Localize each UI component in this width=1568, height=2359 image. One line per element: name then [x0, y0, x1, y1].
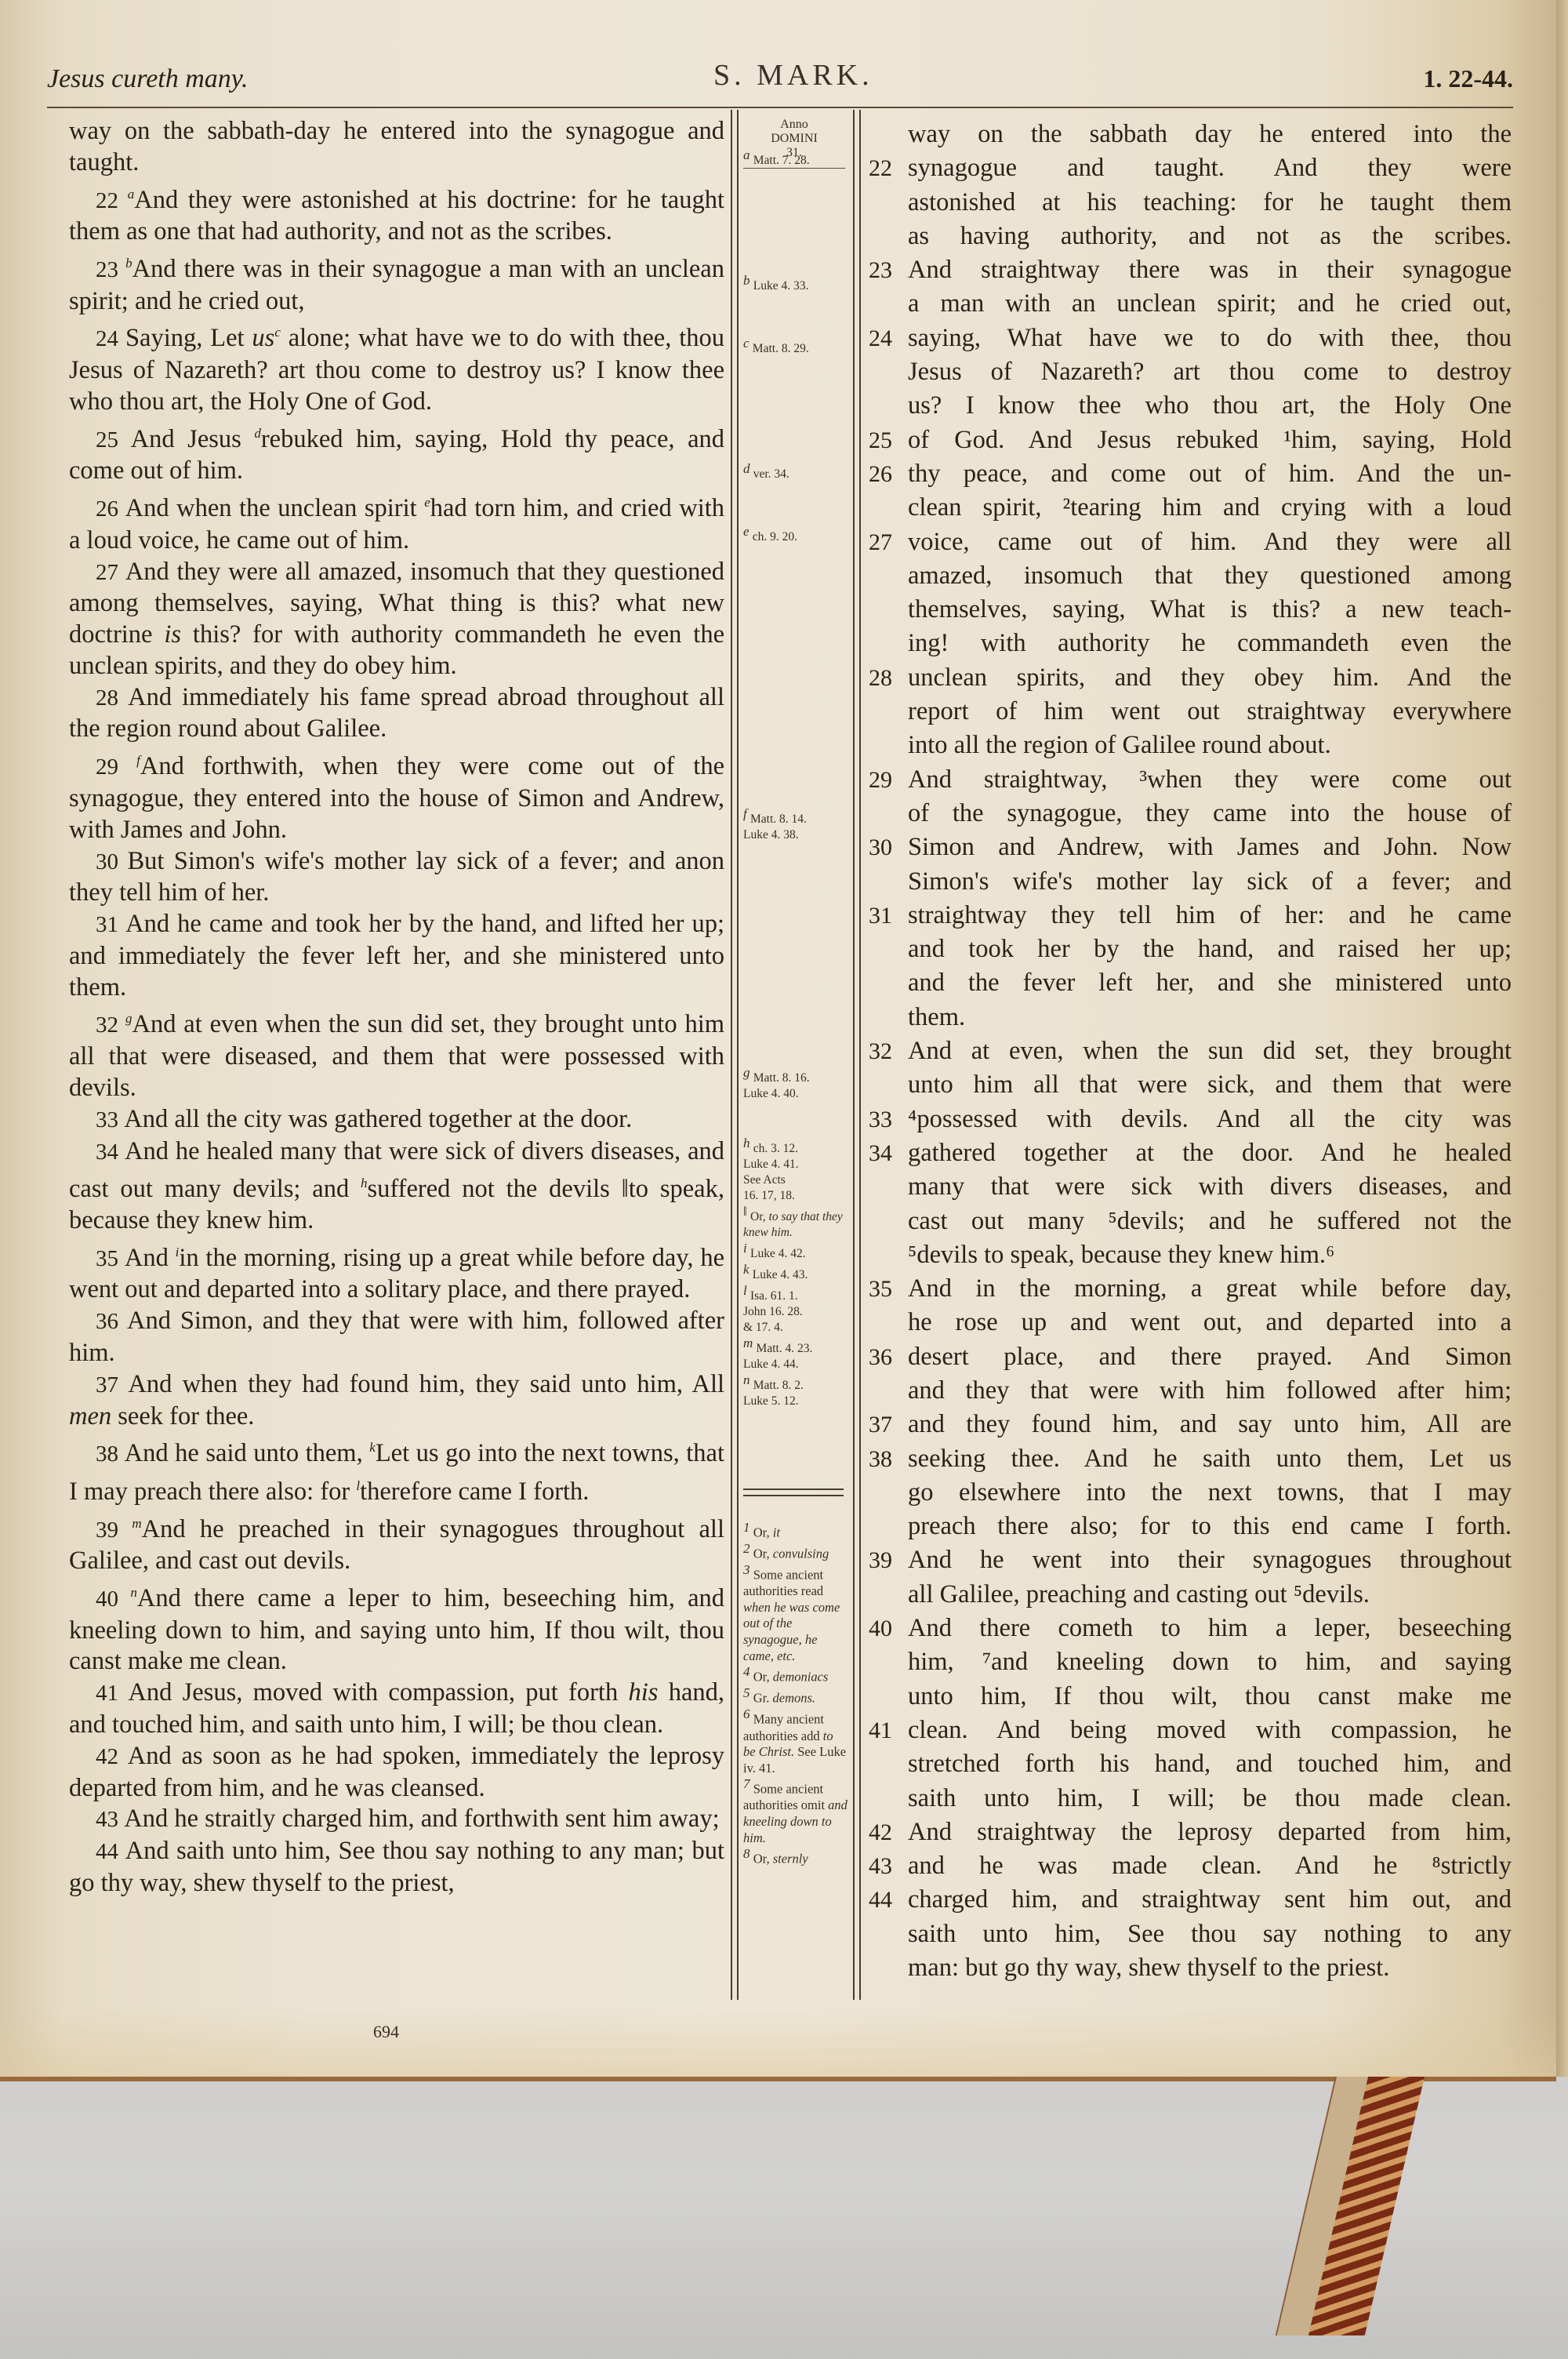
- verse-text: And Simon, and they that were with him, …: [69, 1307, 724, 1367]
- cross-reference: a Matt. 7. 28.: [743, 147, 847, 169]
- reference-mark: m: [132, 1516, 141, 1531]
- rv-line-text: and they that were with him followed aft…: [908, 1374, 1512, 1408]
- adjacent-page-edge: [1556, 0, 1568, 2077]
- rv-line: he rose up and went out, and departed in…: [869, 1306, 1512, 1339]
- rv-line-text: way on the sabbath day he entered into t…: [908, 118, 1512, 151]
- reference-mark: d: [743, 461, 753, 476]
- verse-number: 30: [96, 849, 127, 874]
- rv-line-text: unclean spirits, and they obey him. And …: [908, 661, 1512, 695]
- rv-line: clean spirit, ²tearing him and crying wi…: [869, 491, 1512, 525]
- rv-line: stretched forth his hand, and touched hi…: [869, 1747, 1512, 1781]
- reference-text: 16. 17, 18.: [743, 1188, 847, 1204]
- verse-number: 42: [869, 1816, 900, 1849]
- verse-number: 27: [96, 560, 125, 585]
- reference-mark: m: [743, 1336, 757, 1350]
- reference-text: Luke 4. 38.: [743, 827, 847, 843]
- rv-line-text: all Galilee, preaching and casting out ⁵…: [908, 1578, 1512, 1612]
- rv-line: 43and he was made clean. And he ⁸strictl…: [869, 1849, 1512, 1883]
- reference-mark: k: [743, 1262, 753, 1277]
- reference-text: Luke 4. 40.: [743, 1086, 847, 1102]
- rv-line: 25of God. And Jesus rebuked ¹him, saying…: [869, 423, 1512, 457]
- rv-line: and they that were with him followed aft…: [869, 1374, 1512, 1408]
- cross-reference: e ch. 9. 20.: [743, 524, 847, 545]
- verse-number: 34: [96, 1140, 125, 1165]
- note-text: Many ancient authorities add: [743, 1712, 824, 1743]
- reference-text: Isa. 61. 1.: [750, 1289, 798, 1303]
- verse-number: 36: [869, 1340, 900, 1374]
- rv-line-text: Simon's wife's mother lay sick of a feve…: [908, 865, 1512, 899]
- rv-line: 28unclean spirits, and they obey him. An…: [869, 661, 1512, 695]
- verse: 30 But Simon's wife's mother lay sick of…: [69, 846, 724, 910]
- page-header: Jesus cureth many. S. MARK. 1. 22-44.: [47, 64, 1513, 104]
- verse-text: And immediately his fame spread abroad t…: [69, 683, 724, 743]
- reference-mark: k: [369, 1440, 376, 1455]
- verse-text: And when the unclean spirit: [125, 494, 425, 522]
- cross-reference: k Luke 4. 43.: [743, 1262, 847, 1283]
- rv-line-text: stretched forth his hand, and touched hi…: [908, 1747, 1512, 1781]
- rv-line-text: of God. And Jesus rebuked ¹him, saying, …: [908, 423, 1512, 457]
- cross-reference: g Matt. 8. 16.Luke 4. 40.: [743, 1065, 847, 1102]
- rv-line: 31straightway they tell him of her: and …: [869, 899, 1512, 932]
- verse: 24 Saying, Let usc alone; what have we t…: [69, 317, 724, 417]
- verse-number: 31: [869, 899, 900, 932]
- rv-line: 34gathered together at the door. And he …: [869, 1136, 1512, 1170]
- rv-line-text: clean. And being moved with compassion, …: [908, 1714, 1512, 1747]
- rv-line-text: And straightway, ³when they were come ou…: [908, 763, 1512, 797]
- rv-line: 27voice, came out of him. And they were …: [869, 525, 1512, 559]
- rv-line: Jesus of Nazareth? art thou come to dest…: [869, 355, 1512, 389]
- verse-number: 44: [869, 1883, 900, 1917]
- rv-line-text: desert place, and there prayed. And Simo…: [908, 1340, 1512, 1374]
- column-divider: [737, 110, 739, 2000]
- reference-mark: e: [743, 524, 753, 539]
- rv-line-text: them.: [908, 1001, 1512, 1034]
- rv-line: 40 And there cometh to him a leper, bese…: [869, 1612, 1512, 1645]
- italic-word: men: [69, 1402, 111, 1430]
- revised-notes: 1 Or, it2 Or, convulsing3 Some ancient a…: [743, 1520, 848, 1867]
- verse-number: 40: [96, 1587, 130, 1612]
- rv-line: 35 And in the morning, a great while bef…: [869, 1272, 1512, 1306]
- verse: 31 And he came and took her by the hand,…: [69, 909, 724, 1003]
- reference-text: Luke 4. 33.: [753, 279, 809, 293]
- verse: 34 And he healed many that were sick of …: [69, 1136, 724, 1237]
- cross-reference: h ch. 3. 12.Luke 4. 41.See Acts16. 17, 1…: [743, 1136, 847, 1204]
- note-text: Or,: [753, 1852, 773, 1866]
- note-text: Some ancient authorities read: [743, 1568, 823, 1599]
- verse-number: 31: [96, 912, 125, 937]
- reference-mark: a: [743, 147, 753, 162]
- revised-note: 4 Or, demoniacs: [743, 1664, 848, 1685]
- rv-line-text: themselves, saying, What is this? a new …: [908, 593, 1512, 627]
- rv-line: as having authority, and not as the scri…: [869, 220, 1512, 253]
- cross-reference: b Luke 4. 33.: [743, 273, 847, 294]
- rv-line-text: us? I know thee who thou art, the Holy O…: [908, 389, 1512, 423]
- verse: 44 And saith unto him, See thou say noth…: [69, 1836, 724, 1899]
- rv-line: astonished at his teaching: for he taugh…: [869, 186, 1512, 220]
- cross-reference: f Matt. 8. 14.Luke 4. 38.: [743, 806, 847, 843]
- cross-reference: m Matt. 4. 23.Luke 4. 44.: [743, 1336, 847, 1372]
- verse-number: 32: [96, 1012, 125, 1038]
- verse-number: 33: [96, 1107, 124, 1132]
- note-italic: it: [773, 1525, 780, 1540]
- verse-number: 41: [96, 1681, 128, 1706]
- verse-number: 28: [96, 685, 128, 711]
- verse: 25 And Jesus drebuked him, saying, Hold …: [69, 418, 724, 487]
- domini-label: DOMINI: [742, 132, 847, 146]
- page-aging-shade: [0, 2008, 1556, 2077]
- rv-line-text: straightway they tell him of her: and he…: [908, 899, 1512, 932]
- rv-line: 36desert place, and there prayed. And Si…: [869, 1340, 1512, 1374]
- reference-text: Matt. 8. 29.: [753, 342, 809, 355]
- rv-line-text: go elsewhere into the next towns, that I…: [908, 1476, 1512, 1510]
- verse-text: therefore came I forth.: [360, 1478, 589, 1506]
- verse-number: 23: [96, 257, 125, 282]
- revised-note: 3 Some ancient authorities read when he …: [743, 1562, 848, 1664]
- column-divider: [859, 110, 861, 2000]
- verse: 33 And all the city was gathered togethe…: [69, 1104, 724, 1136]
- reference-mark: h: [743, 1136, 753, 1150]
- reference-mark: a: [128, 187, 135, 202]
- reference-mark: i: [743, 1241, 750, 1256]
- rv-line: Simon's wife's mother lay sick of a feve…: [869, 865, 1512, 899]
- verse-number: 26: [869, 457, 900, 491]
- reference-mark: c: [743, 336, 753, 351]
- rv-line-text: saith unto him, See thou say nothing to …: [908, 1917, 1512, 1951]
- rv-line-text: clean spirit, ²tearing him and crying wi…: [908, 491, 1512, 525]
- verse-text: And when they had found him, they said u…: [128, 1370, 724, 1398]
- verse: 41 And Jesus, moved with compassion, put…: [69, 1677, 724, 1741]
- rv-line-text: into all the region of Galilee round abo…: [908, 729, 1512, 762]
- rv-line: 41clean. And being moved with compassion…: [869, 1714, 1512, 1747]
- verse-text: But Simon's wife's mother lay sick of a …: [69, 847, 724, 907]
- rv-line: saith unto him, See thou say nothing to …: [869, 1917, 1512, 1951]
- verse-number: 33: [869, 1103, 900, 1136]
- reference-text: Matt. 8. 14.: [750, 812, 807, 826]
- rv-line: cast out many ⁵devils; and he suffered n…: [869, 1205, 1512, 1238]
- rv-line: themselves, saying, What is this? a new …: [869, 593, 1512, 627]
- running-title: Jesus cureth many.: [47, 64, 249, 94]
- note-italic: sternly: [773, 1852, 808, 1866]
- reference-text: John 16. 28.: [743, 1304, 847, 1320]
- rv-line-text: a man with an unclean spirit; and he cri…: [908, 287, 1512, 321]
- rv-line-text: saying, What have we to do with thee, th…: [908, 322, 1512, 355]
- cross-reference: i Luke 4. 42.: [743, 1241, 847, 1262]
- cross-reference: l Isa. 61. 1.John 16. 28.& 17. 4.: [743, 1283, 847, 1336]
- verse-number: 32: [869, 1034, 900, 1068]
- note-number: 3: [743, 1562, 753, 1577]
- rv-line-text: of the synagogue, they came into the hou…: [908, 797, 1512, 831]
- rv-line-text: saith unto him, I will; be thou made cle…: [908, 1782, 1512, 1816]
- reference-text: See Acts: [743, 1172, 847, 1188]
- reference-mark: g: [743, 1065, 753, 1080]
- rv-line: ⁵devils to speak, because they knew him.…: [869, 1238, 1512, 1272]
- rv-line-text: and he was made clean. And he ⁸strictly: [908, 1849, 1512, 1883]
- verse-text: And Jesus, moved with compassion, put fo…: [128, 1678, 628, 1707]
- verse-text: And Jesus: [131, 424, 255, 453]
- reference-text: Matt. 8. 16.: [753, 1071, 810, 1085]
- rv-line: way on the sabbath day he entered into t…: [869, 118, 1512, 151]
- note-number: 4: [743, 1664, 753, 1679]
- verse: 43 And he straitly charged him, and fort…: [69, 1804, 724, 1836]
- verse: 28 And immediately his fame spread abroa…: [69, 682, 724, 746]
- kjv-column: way on the sabbath-day he entered into t…: [69, 116, 724, 1899]
- revised-note: 6 Many ancient authorities add to be Chr…: [743, 1707, 848, 1776]
- verse-number: 24: [869, 322, 900, 355]
- verse: 22 aAnd they were astonished at his doct…: [69, 179, 724, 248]
- note-number: 8: [743, 1846, 753, 1861]
- rv-line: us? I know thee who thou art, the Holy O…: [869, 389, 1512, 423]
- note-italic: convulsing: [773, 1547, 829, 1561]
- note-text: Or,: [753, 1670, 773, 1685]
- verse-text: And he said unto them,: [125, 1439, 370, 1467]
- verse-text: Saying, Let: [125, 324, 252, 352]
- verse-text: And he came and took her by the hand, an…: [69, 910, 724, 1001]
- verse-number: 43: [869, 1849, 900, 1883]
- rv-line-text: synagogue and taught. And they were: [908, 151, 1512, 185]
- verse-text: And saith unto him, See thou say nothing…: [69, 1837, 724, 1897]
- verse: 29 fAnd forthwith, when they were come o…: [69, 745, 724, 845]
- reference-text: ch. 3. 12.: [753, 1142, 798, 1155]
- rv-line-text: amazed, insomuch that they questioned am…: [908, 559, 1512, 593]
- notes-divider: [743, 1488, 844, 1496]
- verse: 35 And iin the morning, rising up a grea…: [69, 1237, 724, 1306]
- rv-line-text: And he went into their synagogues throug…: [908, 1543, 1512, 1577]
- reference-mark: b: [125, 256, 132, 271]
- cross-reference: d ver. 34.: [743, 461, 847, 482]
- reference-text: Or,: [750, 1210, 766, 1223]
- verse-number: 43: [96, 1807, 124, 1832]
- verse-continuation: way on the sabbath-day he entered into t…: [69, 116, 724, 179]
- note-number: 6: [743, 1707, 753, 1721]
- rv-line: them.: [869, 1001, 1512, 1034]
- note-text: Or,: [753, 1525, 773, 1540]
- rv-line: 37and they found him, and say unto him, …: [869, 1408, 1512, 1441]
- rv-line: ing! with authority he commandeth even t…: [869, 627, 1512, 660]
- rv-line: a man with an unclean spirit; and he cri…: [869, 287, 1512, 321]
- note-number: 2: [743, 1541, 753, 1556]
- verse-number: 38: [869, 1442, 900, 1476]
- reference-text: Matt. 4. 23.: [757, 1342, 813, 1355]
- chapter-verse-range: 1. 22-44.: [1423, 64, 1513, 93]
- book-page: Jesus cureth many. S. MARK. 1. 22-44. wa…: [0, 0, 1556, 2081]
- rv-line-text: ⁴possessed with devils. And all the city…: [908, 1103, 1512, 1136]
- verse-number: 27: [869, 525, 900, 559]
- rv-line: 38seeking thee. And he saith unto them, …: [869, 1442, 1512, 1476]
- cross-reference: n Matt. 8. 2.Luke 5. 12.: [743, 1372, 847, 1409]
- note-text: Gr.: [753, 1691, 773, 1706]
- rv-line: and took her by the hand, and raised her…: [869, 932, 1512, 966]
- verse-text: And: [125, 1244, 176, 1272]
- verse-number: 39: [869, 1543, 900, 1577]
- italic-word: us: [252, 324, 274, 352]
- rv-line-text: Simon and Andrew, with James and John. N…: [908, 831, 1512, 864]
- rv-line-text: And there cometh to him a leper, beseech…: [908, 1612, 1512, 1645]
- verse-text: And they were astonished at his doctrine…: [69, 185, 724, 245]
- verse-text: And at even when the sun did set, they b…: [69, 1010, 724, 1102]
- verse: 26 And when the unclean spirit ehad torn…: [69, 487, 724, 556]
- rv-line-text: astonished at his teaching: for he taugh…: [908, 186, 1512, 220]
- rv-line: unto him, If thou wilt, thou canst make …: [869, 1680, 1512, 1714]
- reference-text: Matt. 7. 28.: [753, 154, 810, 167]
- rv-line: 26thy peace, and come out of him. And th…: [869, 457, 1512, 491]
- reference-mark: l: [743, 1283, 750, 1298]
- revised-note: 2 Or, convulsing: [743, 1541, 848, 1562]
- reference-text: Luke 4. 43.: [753, 1268, 808, 1281]
- italic-word: is: [164, 620, 181, 649]
- rv-line: go elsewhere into the next towns, that I…: [869, 1476, 1512, 1510]
- reference-text: ver. 34.: [753, 467, 789, 481]
- verse-number: 29: [869, 763, 900, 797]
- verse: 23 bAnd there was in their synagogue a m…: [69, 248, 724, 317]
- page-number: 694: [373, 2022, 399, 2042]
- rv-line-text: thy peace, and come out of him. And the …: [908, 457, 1512, 491]
- rv-line: 42And straightway the leprosy departed f…: [869, 1816, 1512, 1849]
- rv-line: 24saying, What have we to do with thee, …: [869, 322, 1512, 355]
- verse-number: 34: [869, 1136, 900, 1170]
- rv-line-text: unto him, If thou wilt, thou canst make …: [908, 1680, 1512, 1714]
- rv-line: saith unto him, I will; be thou made cle…: [869, 1782, 1512, 1816]
- verse-number: 37: [869, 1408, 900, 1441]
- reference-mark: ‖: [743, 1204, 750, 1219]
- verse-number: 26: [96, 496, 125, 522]
- rv-line: 44charged him, and straightway sent him …: [869, 1883, 1512, 1917]
- reference-text: Luke 4. 44.: [743, 1357, 847, 1372]
- column-divider: [731, 110, 732, 2000]
- rv-line: 39And he went into their synagogues thro…: [869, 1543, 1512, 1577]
- reference-mark: b: [743, 273, 753, 288]
- revised-note: 8 Or, sternly: [743, 1846, 848, 1867]
- rv-line: 32 And at even, when the sun did set, th…: [869, 1034, 1512, 1068]
- verse-text: And there came a leper to him, beseechin…: [69, 1584, 724, 1676]
- revised-note: 7 Some ancient authorities omit and knee…: [743, 1776, 848, 1846]
- verse-number: 28: [869, 661, 900, 695]
- verse-number: 38: [96, 1441, 125, 1467]
- rv-column: way on the sabbath day he entered into t…: [869, 118, 1512, 1985]
- verse-number: 22: [96, 187, 128, 213]
- rv-line: 29 And straightway, ³when they were come…: [869, 763, 1512, 797]
- header-divider: [47, 107, 1513, 108]
- verse-text: And all the city was gathered together a…: [124, 1105, 632, 1133]
- note-number: 1: [743, 1520, 753, 1535]
- reference-mark: n: [743, 1372, 753, 1387]
- rv-line-text: And in the morning, a great while before…: [908, 1272, 1512, 1306]
- reference-mark: d: [254, 426, 261, 441]
- book-title: S. MARK.: [713, 58, 873, 93]
- margin-column: Anno DOMINI 31. a Matt. 7. 28.b Luke 4. …: [742, 116, 847, 178]
- rv-line-text: gathered together at the door. And he he…: [908, 1136, 1512, 1170]
- verse-number: 25: [869, 423, 900, 457]
- verse-number: 40: [869, 1612, 900, 1645]
- note-text: Some ancient authorities omit: [743, 1782, 828, 1813]
- note-italic: demons.: [773, 1691, 816, 1706]
- rv-line-text: ⁵devils to speak, because they knew him.…: [908, 1238, 1512, 1272]
- verse-number: 25: [96, 427, 131, 452]
- rv-line: into all the region of Galilee round abo…: [869, 729, 1512, 762]
- verse-number: 35: [869, 1272, 900, 1306]
- revised-note: 5 Gr. demons.: [743, 1685, 848, 1707]
- verse-number: 22: [869, 151, 900, 185]
- column-divider: [853, 110, 855, 2000]
- verse-number: 23: [869, 253, 900, 287]
- verse-number: 30: [869, 831, 900, 864]
- reference-text: ch. 9. 20.: [753, 530, 797, 543]
- verse-number: 41: [869, 1714, 900, 1747]
- rv-line-text: and took her by the hand, and raised her…: [908, 932, 1512, 966]
- rv-line: report of him went out straightway every…: [869, 695, 1512, 729]
- verse: 37 And when they had found him, they sai…: [69, 1369, 724, 1433]
- rv-line: amazed, insomuch that they questioned am…: [869, 559, 1512, 593]
- reference-text: Matt. 8. 2.: [753, 1379, 804, 1392]
- verse: 36 And Simon, and they that were with hi…: [69, 1306, 724, 1369]
- rv-line: preach there also; for to this end came …: [869, 1510, 1512, 1543]
- rv-line: all Galilee, preaching and casting out ⁵…: [869, 1578, 1512, 1612]
- rv-line: 22synagogue and taught. And they were: [869, 151, 1512, 185]
- verse-number: 35: [96, 1246, 125, 1271]
- verse-text: And he preached in their synagogues thro…: [69, 1514, 724, 1575]
- rv-line: 30Simon and Andrew, with James and John.…: [869, 831, 1512, 864]
- verse-number: 36: [96, 1309, 127, 1334]
- reference-mark: e: [424, 495, 430, 510]
- reference-text: Luke 5. 12.: [743, 1394, 847, 1409]
- verse-number: 24: [96, 326, 125, 351]
- rv-line-text: cast out many ⁵devils; and he suffered n…: [908, 1205, 1512, 1238]
- reference-mark: f: [743, 806, 750, 821]
- reference-mark: n: [130, 1585, 137, 1600]
- rv-line-text: And straightway there was in their synag…: [908, 253, 1512, 287]
- cross-reference: c Matt. 8. 29.: [743, 336, 847, 357]
- rv-line-text: seeking thee. And he saith unto them, Le…: [908, 1442, 1512, 1476]
- rv-line-text: voice, came out of him. And they were al…: [908, 525, 1512, 559]
- rv-line: many that were sick with divers diseases…: [869, 1170, 1512, 1204]
- italic-word: his: [628, 1678, 658, 1707]
- rv-line-text: report of him went out straightway every…: [908, 695, 1512, 729]
- reference-mark: c: [274, 325, 281, 340]
- rv-line: and the fever left her, and she minister…: [869, 966, 1512, 1000]
- reference-mark: h: [361, 1176, 368, 1190]
- rv-line-text: Jesus of Nazareth? art thou come to dest…: [908, 355, 1512, 389]
- verse-text: seek for thee.: [111, 1402, 254, 1430]
- verse-text: And he straitly charged him, and forthwi…: [124, 1805, 719, 1833]
- reference-text: & 17. 4.: [743, 1320, 847, 1336]
- rv-line-text: man: but go thy way, shew thyself to the…: [908, 1951, 1512, 1985]
- rv-line: unto him all that were sick, and them th…: [869, 1068, 1512, 1102]
- rv-line-text: and the fever left her, and she minister…: [908, 966, 1512, 1000]
- note-italic: demoniacs: [773, 1670, 829, 1685]
- verse-text: And as soon as he had spoken, immediatel…: [69, 1742, 724, 1802]
- rv-line-text: him, ⁷and kneeling down to him, and sayi…: [908, 1645, 1512, 1679]
- rv-line: 33⁴possessed with devils. And all the ci…: [869, 1103, 1512, 1136]
- anno-label: Anno: [742, 118, 847, 132]
- note-number: 7: [743, 1776, 753, 1791]
- verse-number: 29: [96, 754, 136, 780]
- verse-text: And forthwith, when they were come out o…: [69, 752, 724, 844]
- verse-number: 42: [96, 1744, 128, 1769]
- verse: 39 mAnd he preached in their synagogues …: [69, 1508, 724, 1577]
- rv-line: man: but go thy way, shew thyself to the…: [869, 1951, 1512, 1985]
- rv-line: 23And straightway there was in their syn…: [869, 253, 1512, 287]
- verse-number: 37: [96, 1372, 128, 1398]
- verse: 42 And as soon as he had spoken, immedia…: [69, 1741, 724, 1805]
- rv-line: of the synagogue, they came into the hou…: [869, 797, 1512, 831]
- verse-text: And there was in their synagogue a man w…: [69, 255, 724, 315]
- verse: 27 And they were all amazed, insomuch th…: [69, 557, 724, 682]
- verse: 32 gAnd at even when the sun did set, th…: [69, 1003, 724, 1103]
- note-italic: when he was come out of the synagogue, h…: [743, 1600, 840, 1663]
- rv-line-text: as having authority, and not as the scri…: [908, 220, 1512, 253]
- reference-text: Luke 4. 41.: [743, 1157, 847, 1172]
- rv-line: him, ⁷and kneeling down to him, and sayi…: [869, 1645, 1512, 1679]
- rv-line-text: he rose up and went out, and departed in…: [908, 1306, 1512, 1339]
